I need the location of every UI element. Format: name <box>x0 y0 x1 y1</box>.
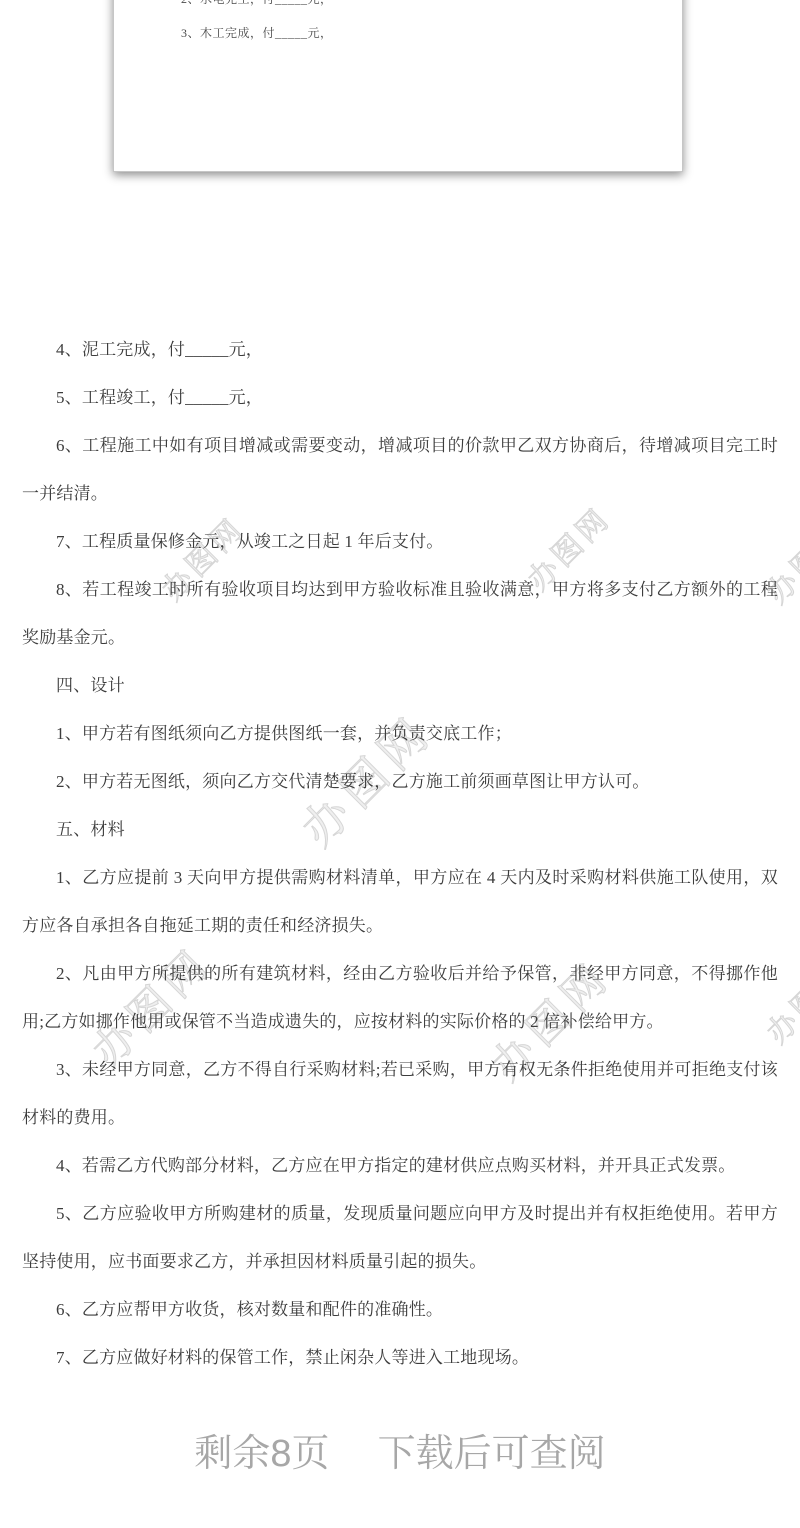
contract-paragraph: 2、凡由甲方所提供的所有建筑材料，经由乙方验收后并给予保管，非经甲方同意，不得挪… <box>22 950 778 1046</box>
contract-paragraph: 6、工程施工中如有项目增减或需要变动，增减项目的价款甲乙双方协商后，待增减项目完… <box>22 422 778 518</box>
contract-paragraph: 2、甲方若无图纸，须向乙方交代清楚要求，乙方施工前须画草图让甲方认可。 <box>22 758 778 806</box>
contract-paragraph: 8、若工程竣工时所有验收项目均达到甲方验收标准且验收满意，甲方将多支付乙方额外的… <box>22 566 778 662</box>
download-hint-label: 下载后可查阅 <box>378 1433 606 1475</box>
contract-paragraph: 6、乙方应帮甲方收货，核对数量和配件的准确性。 <box>22 1286 778 1334</box>
contract-paragraph: 1、乙方应提前 3 天向甲方提供需购材料清单，甲方应在 4 天内及时采购材料供施… <box>22 854 778 950</box>
document-page-content: 4、泥工完成，付_____元， 5、工程竣工，付_____元， 6、工程施工中如… <box>0 326 800 1382</box>
contract-paragraph: 3、未经甲方同意，乙方不得自行采购材料;若已采购，甲方有权无条件拒绝使用并可拒绝… <box>22 1046 778 1142</box>
pages-remaining-label: 剩余8页 <box>194 1433 329 1475</box>
contract-paragraph: 7、工程质量保修金元，从竣工之日起 1 年后支付。 <box>22 518 778 566</box>
preview-limit-notice: 剩余8页下载后可查阅 <box>0 1422 800 1477</box>
contract-paragraph: 5、工程竣工，付_____元， <box>22 374 778 422</box>
contract-line: 3、木工完成，付_____元， <box>181 16 682 50</box>
contract-section-heading: 四、设计 <box>22 662 778 710</box>
contract-paragraph: 4、若需乙方代购部分材料，乙方应在甲方指定的建材供应点购买材料，并开具正式发票。 <box>22 1142 778 1190</box>
contract-paragraph: 5、乙方应验收甲方所购建材的质量，发现质量问题应向甲方及时提出并有权拒绝使用。若… <box>22 1190 778 1286</box>
contract-section-heading: 五、材料 <box>22 806 778 854</box>
contract-paragraph: 4、泥工完成，付_____元， <box>22 326 778 374</box>
contract-paragraph: 1、甲方若有图纸须向乙方提供图纸一套，并负责交底工作； <box>22 710 778 758</box>
contract-line-clipped: 2、水电完工，付_____元， <box>181 0 682 16</box>
document-page-card: 2、水电完工，付_____元， 3、木工完成，付_____元， <box>113 0 683 172</box>
contract-paragraph: 7、乙方应做好材料的保管工作，禁止闲杂人等进入工地现场。 <box>22 1334 778 1382</box>
